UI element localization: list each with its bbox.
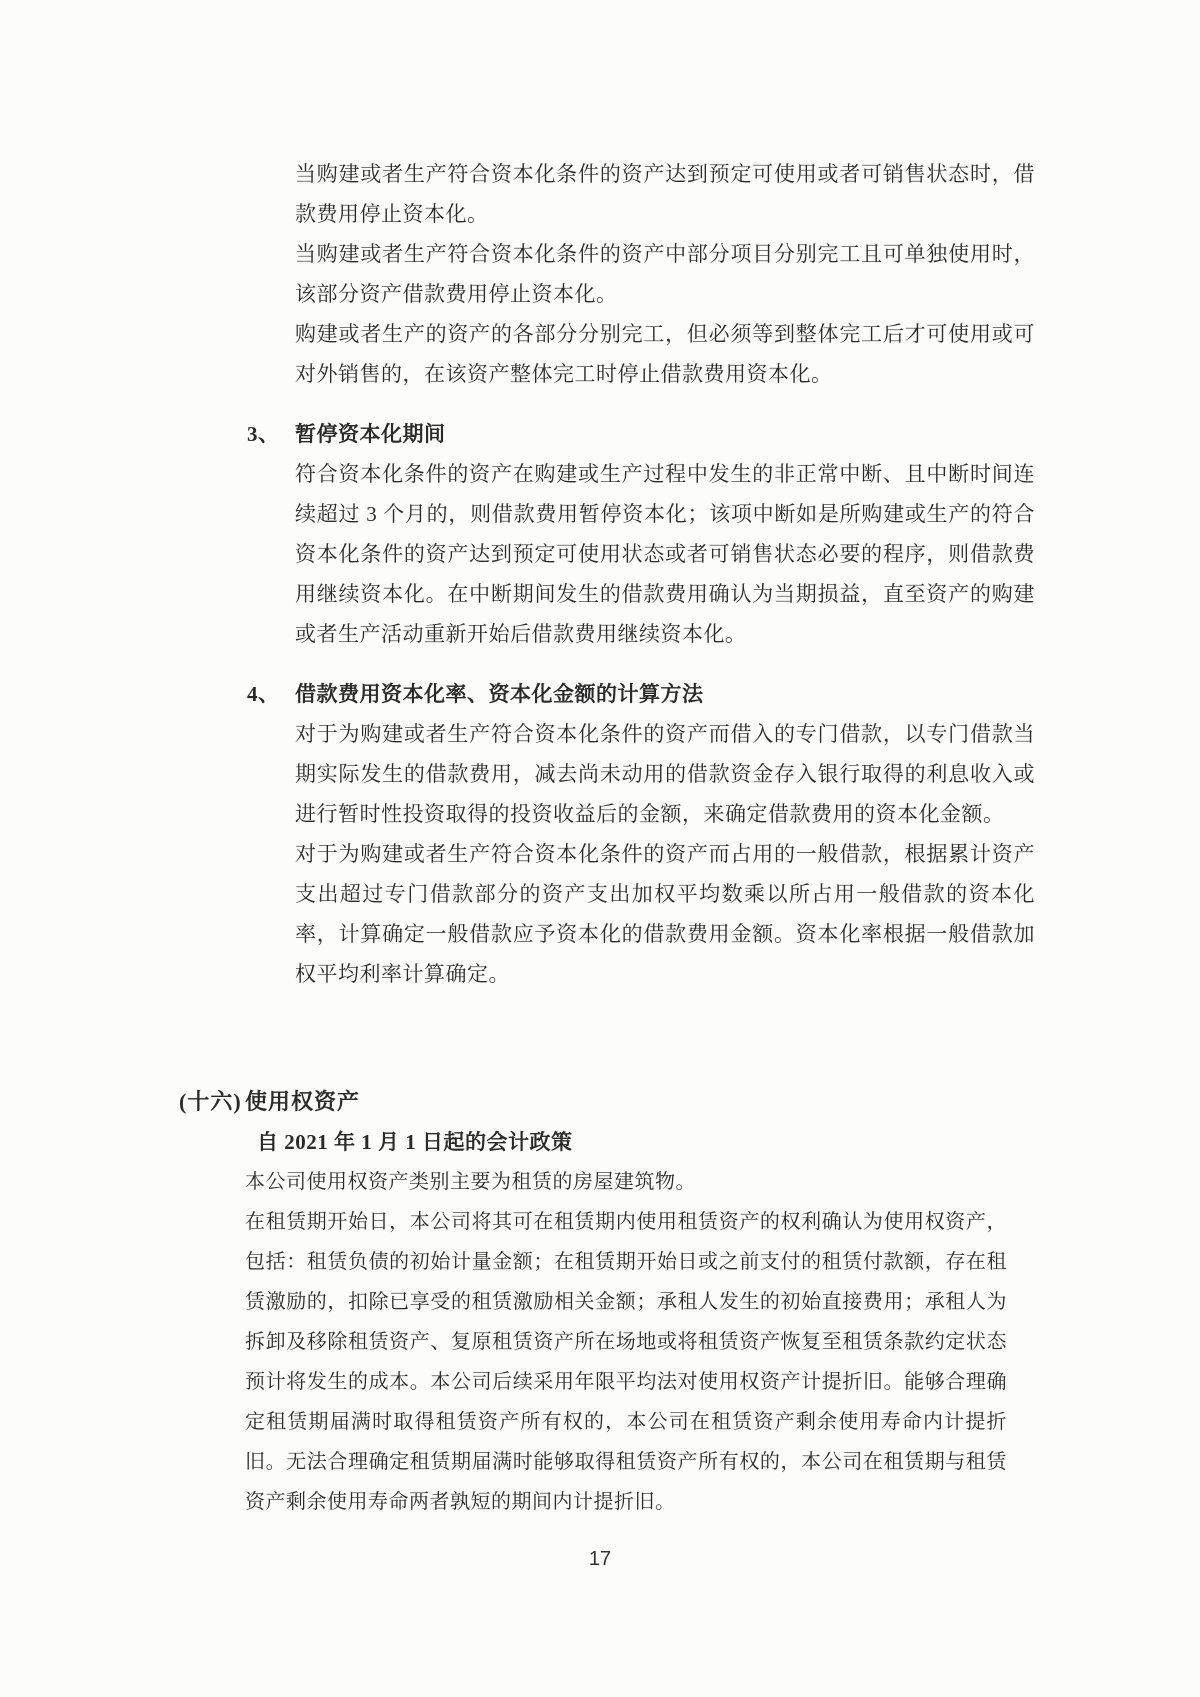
section-3-paragraph: 符合资本化条件的资产在购建或生产过程中发生的非正常中断、且中断时间连续超过 3 …: [295, 454, 1035, 654]
page-number: 17: [0, 1548, 1200, 1571]
section-4-number: 4、: [247, 674, 280, 714]
section-4-title: 借款费用资本化率、资本化金额的计算方法: [295, 682, 704, 706]
section-3-title: 暂停资本化期间: [295, 422, 446, 446]
section-16-heading: (十六) 使用权资产: [245, 1082, 1025, 1122]
document-page: 当购建或者生产符合资本化条件的资产达到预定可使用或者可销售状态时，借款费用停止资…: [0, 0, 1200, 1697]
section-16-paragraph-1: 本公司使用权资产类别主要为租赁的房屋建筑物。: [245, 1162, 1007, 1202]
section-16-paragraph-2: 在租赁期开始日，本公司将其可在租赁期内使用租赁资产的权利确认为使用权资产，包括：…: [245, 1202, 1007, 1522]
page-content: 当购建或者生产符合资本化条件的资产达到预定可使用或者可销售状态时，借款费用停止资…: [0, 154, 1200, 1522]
continuation-paragraph-1: 当购建或者生产符合资本化条件的资产达到预定可使用或者可销售状态时，借款费用停止资…: [295, 154, 1035, 234]
section-16-title: 使用权资产: [245, 1089, 360, 1114]
section-16-policy-heading: 自 2021 年 1 月 1 日起的会计政策: [257, 1122, 1007, 1162]
section-4-paragraph-2: 对于为购建或者生产符合资本化条件的资产而占用的一般借款，根据累计资产支出超过专门…: [295, 834, 1035, 994]
section-3-number: 3、: [247, 414, 280, 454]
section-3-heading: 3、 暂停资本化期间: [295, 414, 1035, 454]
section-16: (十六) 使用权资产 自 2021 年 1 月 1 日起的会计政策 本公司使用权…: [0, 1082, 1200, 1522]
section-16-number: (十六): [179, 1082, 242, 1122]
continuation-paragraph-3: 购建或者生产的资产的各部分分别完工，但必须等到整体完工后才可使用或可对外销售的，…: [295, 314, 1035, 394]
continuation-paragraph-2: 当购建或者生产符合资本化条件的资产中部分项目分别完工且可单独使用时，该部分资产借…: [295, 234, 1035, 314]
section-3: 3、 暂停资本化期间 符合资本化条件的资产在购建或生产过程中发生的非正常中断、且…: [0, 414, 1200, 654]
section-4-heading: 4、 借款费用资本化率、资本化金额的计算方法: [295, 674, 1035, 714]
section-4: 4、 借款费用资本化率、资本化金额的计算方法 对于为购建或者生产符合资本化条件的…: [0, 674, 1200, 994]
section-4-paragraph-1: 对于为购建或者生产符合资本化条件的资产而借入的专门借款，以专门借款当期实际发生的…: [295, 714, 1035, 834]
